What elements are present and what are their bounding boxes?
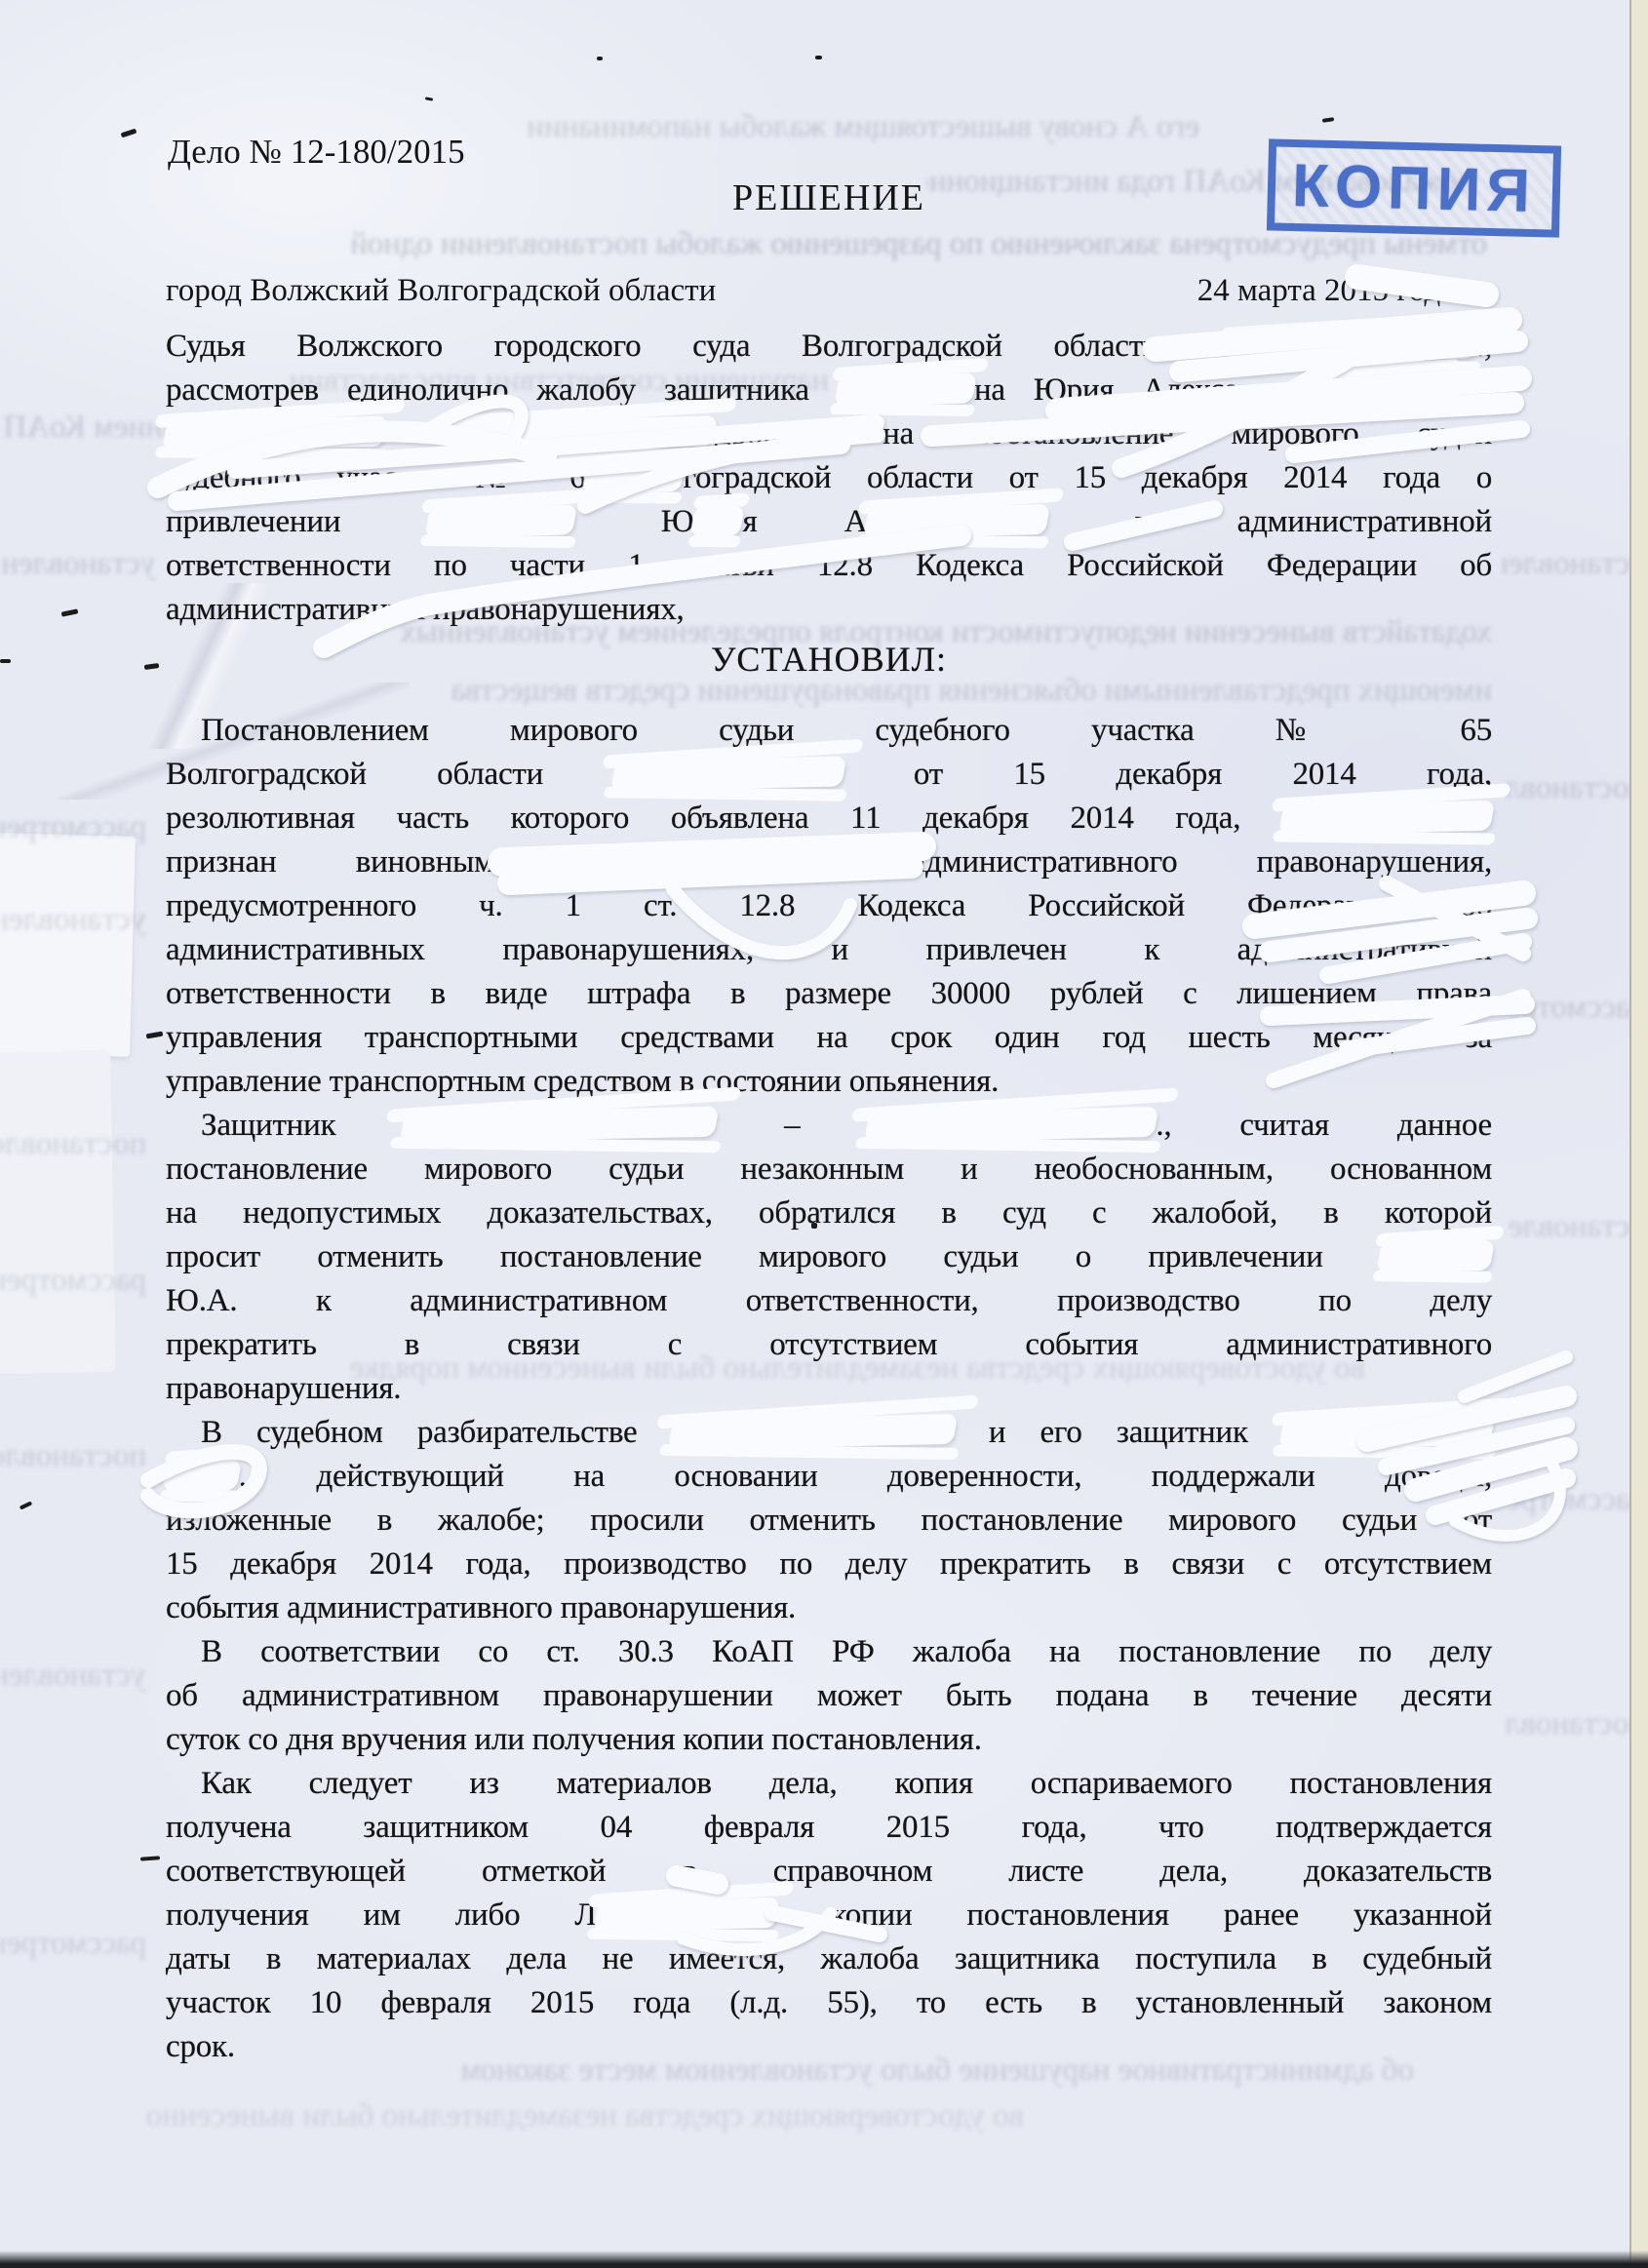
redaction-scribble: [593, 1898, 780, 1932]
pen-mark: [140, 1856, 160, 1860]
line-text: –: [1448, 372, 1492, 408]
line-text: ответственности в виде штрафа в размере …: [166, 976, 1492, 1011]
document-line: Волгоградской области от 15 декабря 2014…: [166, 753, 1492, 797]
pen-mark: [815, 56, 822, 59]
document-body: Судья Волжского городского суда Волгогра…: [166, 325, 1492, 2069]
paragraph: Защитник – ., считая данноепостановление…: [166, 1104, 1492, 1411]
line-text: даты в материалах дела не имеется, жалоб…: [166, 1941, 1492, 1976]
line-text: дровича на постановление мирового судьи: [715, 416, 1492, 451]
bleedthrough-text: постановления доказательств: [0, 1438, 146, 1474]
redaction-scribble: [1332, 374, 1450, 406]
redaction-scribble: [582, 462, 686, 493]
line-text: к административной: [1047, 504, 1492, 539]
document-line: Ндровича на постановление мирового судьи: [166, 412, 1492, 456]
redaction-scribble: [1377, 1241, 1495, 1272]
paper-patch: [0, 1050, 116, 1374]
scan-bottom-edge: [0, 2250, 1648, 2268]
bleedthrough-text: рассмотрения положений: [1507, 1482, 1646, 1518]
line-text: постановление мирового судьи незаконным …: [166, 1152, 1492, 1187]
line-text: гоградской области от 15 декабря 2014 го…: [683, 460, 1492, 495]
document-line: ответственности в виде штрафа в размере …: [166, 972, 1492, 1016]
redaction-scribble: [463, 416, 719, 450]
line-text: просит отменить постановление мирового с…: [166, 1239, 1380, 1274]
line-text: суток со дня вручения или получения копи…: [166, 1722, 982, 1757]
document-line: В судебном разбирательстве и его защитни…: [166, 1411, 1492, 1455]
document-line: привлечении Юя А к административной: [166, 500, 1492, 544]
line-text: управления транспортными средствами на с…: [166, 1020, 1492, 1055]
scanned-court-decision-page: его А снову вышестоящим жалобы напоминан…: [0, 0, 1648, 2268]
paragraph: Судья Волжского городского суда Волгогра…: [166, 325, 1492, 632]
document-line: об административном правонарушении может…: [166, 1674, 1492, 1718]
line-text: копии постановления ранее указанной: [777, 1897, 1492, 1933]
line-text: административных правонарушениях,: [166, 592, 685, 627]
redaction-scribble: [401, 1108, 720, 1144]
bleedthrough-text: установленными статьи: [0, 1658, 146, 1694]
bleedthrough-text: рассмотрения положений: [0, 1926, 146, 1962]
redaction-scribble: [1279, 802, 1496, 835]
line-text: .,: [1476, 329, 1492, 364]
bleedthrough-text: отмены предусмотрена заключению по разре…: [171, 226, 1487, 262]
line-text: Защитник: [201, 1108, 404, 1143]
line-text: признан виновным в совершении администра…: [166, 844, 1492, 880]
line-text: В соответствии со ст. 30.3 КоАП РФ жалоб…: [201, 1634, 1492, 1669]
document-line: судебного участка № 6гоградской области …: [166, 456, 1492, 500]
line-text: получена защитником 04 февраля 2015 года…: [166, 1810, 1492, 1845]
pen-mark: [146, 1032, 164, 1039]
line-text: Как следует из материалов дела, копия ос…: [201, 1766, 1492, 1801]
paragraph: В соответствии со ст. 30.3 КоАП РФ жалоб…: [166, 1630, 1492, 1762]
bleedthrough-text: во удостоверяющих средства незамедлитель…: [146, 2098, 1024, 2134]
bleedthrough-text: установленными статьи: [0, 546, 156, 582]
paragraph: Постановлением мирового судьи судебного …: [166, 709, 1492, 1104]
document-line: даты в материалах дела не имеется, жалоб…: [166, 1937, 1492, 1981]
line-text: 15 декабря 2014 года, производство по де…: [166, 1546, 1492, 1582]
pen-mark: [1322, 117, 1334, 123]
line-text: ответственности по части 1 статьи 12.8 К…: [166, 548, 1492, 583]
document-line: В соответствии со ст. 30.3 КоАП РФ жалоб…: [166, 1630, 1492, 1674]
document-line: получена защитником 04 февраля 2015 года…: [166, 1806, 1492, 1850]
redaction-scribble: [1279, 1416, 1496, 1449]
line-text: , действующий на основании доверенности,…: [239, 1459, 1492, 1494]
pen-mark: [597, 57, 603, 60]
line-text: на Юрия Александрови: [974, 372, 1336, 408]
document-line: постановление мирового судьи незаконным …: [166, 1148, 1492, 1192]
document-line: изложенные в жалобе; просили отменить по…: [166, 1499, 1492, 1543]
document-line: просит отменить постановление мирового с…: [166, 1235, 1492, 1279]
line-text: –: [716, 1108, 868, 1143]
line-text: получения им либо Л: [166, 1897, 597, 1933]
paragraph: В судебном разбирательстве и его защитни…: [166, 1411, 1492, 1630]
document-line: на недопустимых доказательствах, обратил…: [166, 1192, 1492, 1235]
document-line: управление транспортным средством в сост…: [166, 1060, 1492, 1104]
redaction-scribble: [424, 505, 576, 537]
document-line: Ю.А. к административном ответственности,…: [166, 1279, 1492, 1323]
redaction-scribble: [864, 505, 1051, 538]
pen-mark: [811, 1223, 817, 1229]
line-text: предусмотренного ч. 1 ст. 12.8 Кодекса Р…: [166, 888, 1492, 923]
redaction-scribble: [865, 1108, 1159, 1143]
case-number: Дело № 12-180/2015: [168, 133, 465, 172]
redaction-scribble: [835, 374, 977, 407]
document-line: Защитник – ., считая данное: [166, 1104, 1492, 1148]
place-date-row: город Волжский Волгоградской области 24 …: [166, 273, 1492, 309]
bleedthrough-text: постановления доказательств: [1507, 770, 1646, 806]
line-text: резолютивная часть которого объявлена 11…: [166, 801, 1282, 836]
scanner-edge-strip: [1629, 0, 1648, 2268]
line-text: и его защитник: [955, 1415, 1282, 1450]
bleedthrough-text: рассмотрения положений: [1507, 990, 1646, 1026]
line-text: я А: [742, 504, 867, 539]
document-line: участок 10 февраля 2015 года (л.д. 55), …: [166, 1981, 1492, 2025]
document-line: признан виновным в совершении администра…: [166, 841, 1492, 884]
section-heading: УСТАНОВИЛ:: [166, 638, 1492, 682]
paragraph: Как следует из материалов дела, копия ос…: [166, 1762, 1492, 2069]
redaction-scribble: [610, 758, 846, 792]
document-line: Судья Волжского городского суда Волгогра…: [166, 325, 1492, 369]
pen-mark: [0, 659, 11, 663]
document-line: ответственности по части 1 статьи 12.8 К…: [166, 544, 1492, 588]
document-line: суток со дня вручения или получения копи…: [166, 1718, 1492, 1762]
document-line: предусмотренного ч. 1 ст. 12.8 Кодекса Р…: [166, 884, 1492, 928]
line-text: изложенные в жалобе; просили отменить по…: [166, 1503, 1492, 1538]
redaction-scribble: [163, 417, 389, 451]
copy-stamp: КОПИЯ: [1267, 138, 1561, 237]
redaction-scribble: [163, 1461, 242, 1492]
document-line: соответствующей отметкой в справочном ли…: [166, 1850, 1492, 1894]
document-line: , действующий на основании доверенности,…: [166, 1455, 1492, 1499]
line-text: участок 10 февраля 2015 года (л.д. 55), …: [166, 1985, 1492, 2020]
date-line: 24 марта 2015 года: [1197, 273, 1455, 309]
line-text: ., считая данное: [1156, 1108, 1492, 1143]
place-line: город Волжский Волгоградской области: [166, 273, 716, 309]
line-text: об административном правонарушении может…: [166, 1678, 1492, 1713]
line-text: события административного правонарушения…: [166, 1590, 796, 1625]
line-text: рассмотрев единолично жалобу защитника: [166, 372, 838, 408]
redaction-scribble: [668, 1415, 958, 1450]
document-line: резолютивная часть которого объявлена 11…: [166, 797, 1492, 841]
line-text: Волгоградской области: [166, 757, 614, 792]
line-text: управление транспортным средством в сост…: [166, 1064, 999, 1099]
document-line: 15 декабря 2014 года, производство по де…: [166, 1543, 1492, 1586]
document-line: прекратить в связи с отсутствием события…: [166, 1323, 1492, 1367]
redaction-scribble: [1229, 329, 1479, 363]
line-text: Ю.А. к административном ответственности,…: [166, 1283, 1492, 1318]
document-line: получения им либо Л копии постановления …: [166, 1894, 1492, 1937]
line-text: на недопустимых доказательствах, обратил…: [166, 1195, 1492, 1231]
document-line: административных правонарушениях, и прив…: [166, 928, 1492, 972]
document-line: события административного правонарушения…: [166, 1586, 1492, 1630]
line-text: судебного участка № 6: [166, 460, 585, 495]
bleedthrough-text: постановления доказательств: [1507, 1706, 1646, 1742]
document-line: управления транспортными средствами на с…: [166, 1016, 1492, 1060]
line-text: прекратить в связи с отсутствием события…: [166, 1327, 1492, 1362]
line-text: административных правонарушениях, и прив…: [166, 932, 1492, 967]
line-text: соответствующей отметкой в справочном ли…: [166, 1854, 1492, 1889]
redaction-scribble: [691, 506, 746, 536]
document-line: Как следует из материалов дела, копия ос…: [166, 1762, 1492, 1806]
line-text: Ю: [574, 504, 694, 539]
bleedthrough-text: установленными статьи: [1507, 1209, 1646, 1245]
bleedthrough-text: установленными статьи: [1502, 546, 1646, 582]
line-text: срок.: [166, 2029, 235, 2064]
pen-mark: [20, 1501, 32, 1509]
document-line: административных правонарушениях,: [166, 588, 1492, 632]
line-text: В судебном разбирательстве: [201, 1415, 672, 1450]
pen-mark: [121, 129, 137, 138]
pen-mark: [425, 97, 433, 100]
bleedthrough-text: его А снову вышестоящим жалобы напоминан…: [419, 109, 1199, 145]
paper-patch: [0, 833, 136, 1057]
document-line: срок.: [166, 2025, 1492, 2069]
line-text: от 15 декабря 2014 года,: [844, 757, 1493, 792]
line-text: привлечении: [166, 504, 428, 539]
line-text: Судья Волжского городского суда Волгогра…: [166, 329, 1233, 364]
line-text: правонарушения.: [166, 1371, 401, 1406]
